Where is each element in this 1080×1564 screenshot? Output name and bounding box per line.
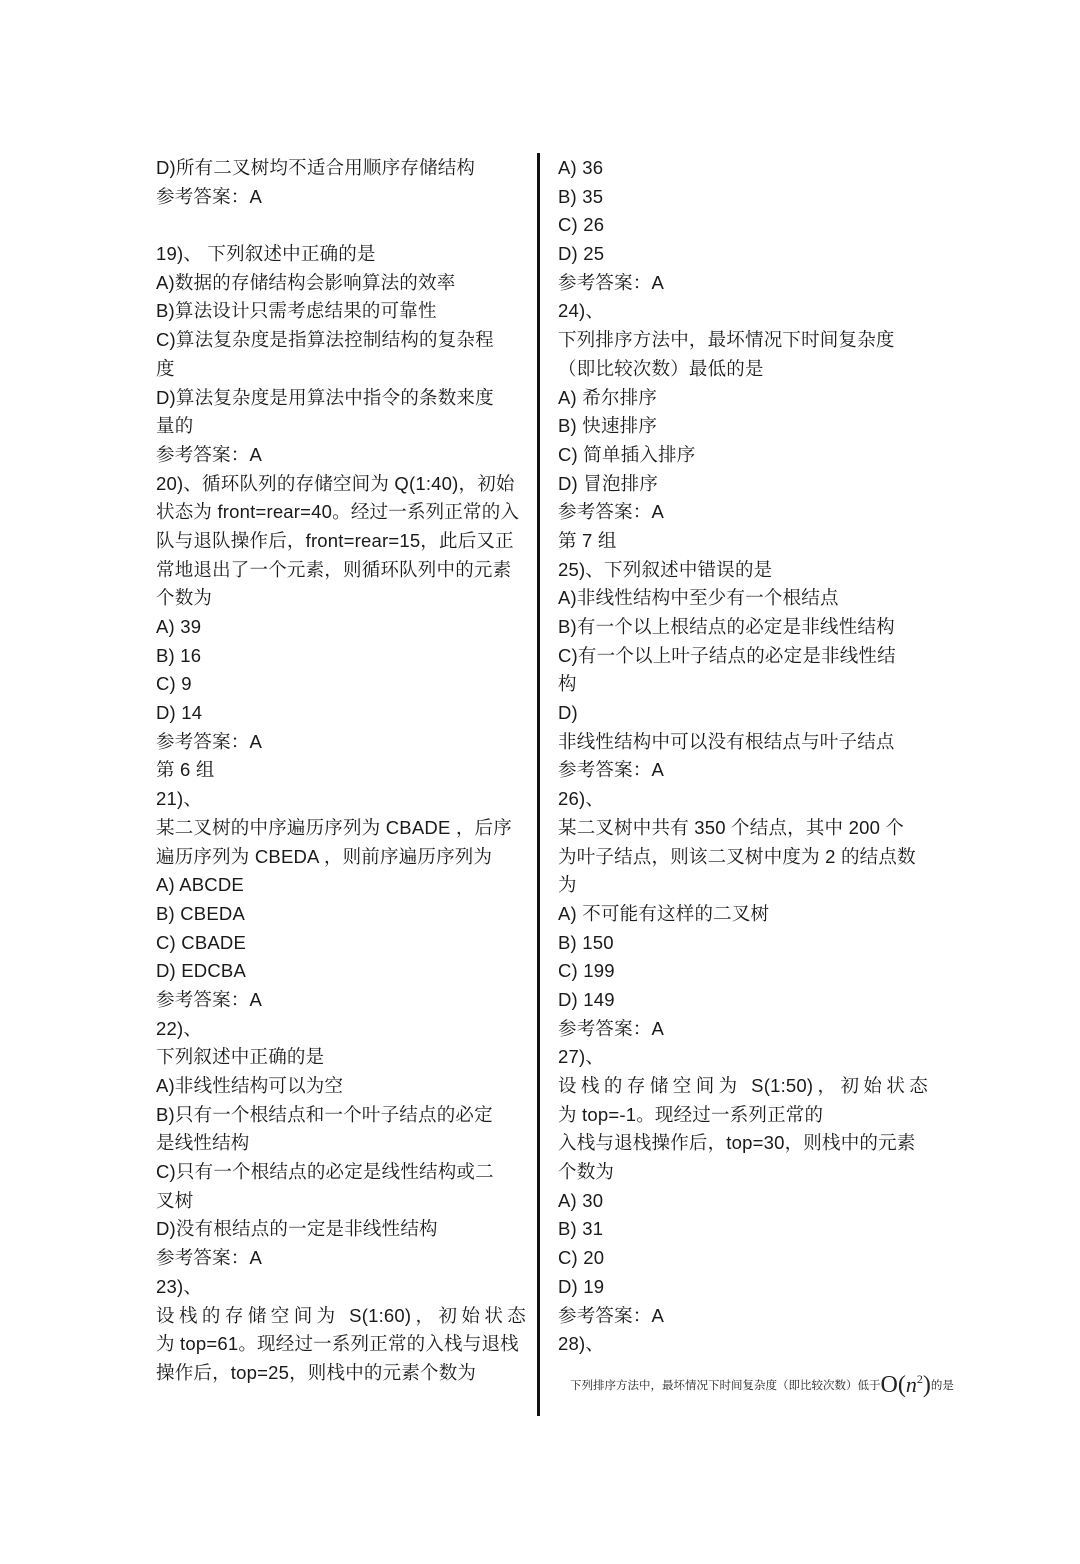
- text-line: A) 不可能有这样的二叉树: [558, 900, 928, 929]
- text-line: 为叶子结点，则该二叉树中度为 2 的结点数: [558, 843, 928, 872]
- text-line: 设栈的存储空间为 S(1:60)，初始状态: [156, 1302, 526, 1331]
- text-line: 参考答案：A: [156, 183, 526, 212]
- text-line: A) ABCDE: [156, 871, 526, 900]
- text-line: 第 7 组: [558, 527, 928, 556]
- text-line: 构: [558, 670, 928, 699]
- text-line: 入栈与退栈操作后，top=30，则栈中的元素: [558, 1129, 928, 1158]
- text-line: B) 16: [156, 642, 526, 671]
- text-line: 24)、: [558, 297, 928, 326]
- text-line: 参考答案：A: [558, 269, 928, 298]
- text-line: 某二叉树的中序遍历序列为 CBADE ，后序: [156, 814, 526, 843]
- text-line: 22)、: [156, 1015, 526, 1044]
- text-line: 状态为 front=rear=40。经过一系列正常的入: [156, 498, 526, 527]
- text-line: 操作后，top=25，则栈中的元素个数为: [156, 1359, 526, 1388]
- text-line: D) 19: [558, 1273, 928, 1302]
- text-line: B) 31: [558, 1215, 928, 1244]
- text-line: （即比较次数）最低的是: [558, 355, 928, 384]
- text-line: 是线性结构: [156, 1129, 526, 1158]
- text-line: C)只有一个根结点的必定是线性结构或二: [156, 1158, 526, 1187]
- text-line: D) EDCBA: [156, 957, 526, 986]
- text-line: 队与退队操作后，front=rear=15，此后又正: [156, 527, 526, 556]
- text-line: B)算法设计只需考虑结果的可靠性: [156, 297, 526, 326]
- right-column: A) 36B) 35C) 26D) 25参考答案：A24)、下列排序方法中，最坏…: [558, 154, 928, 1359]
- text-line: A) 30: [558, 1187, 928, 1216]
- text-line: C)有一个以上叶子结点的必定是非线性结: [558, 642, 928, 671]
- text-line: 遍历序列为 CBEDA ，则前序遍历序列为: [156, 843, 526, 872]
- text-line: D) 冒泡排序: [558, 470, 928, 499]
- text-line: A) 39: [156, 613, 526, 642]
- text-line: 27)、: [558, 1043, 928, 1072]
- text-line: A)数据的存储结构会影响算法的效率: [156, 269, 526, 298]
- text-line: 28)、: [558, 1330, 928, 1359]
- text-line: D)算法复杂度是用算法中指令的条数来度: [156, 384, 526, 413]
- text-line: 量的: [156, 412, 526, 441]
- text-line: C) 20: [558, 1244, 928, 1273]
- text-line: 参考答案：A: [156, 728, 526, 757]
- text-line: C) 简单插入排序: [558, 441, 928, 470]
- text-line: A) 36: [558, 154, 928, 183]
- text-line: D) 14: [156, 699, 526, 728]
- text-line: 19)、 下列叙述中正确的是: [156, 240, 526, 269]
- text-line: B) CBEDA: [156, 900, 526, 929]
- text-line: 第 6 组: [156, 756, 526, 785]
- text-line: 为 top=-1。现经过一系列正常的: [558, 1101, 928, 1130]
- text-line: 下列叙述中正确的是: [156, 1043, 526, 1072]
- big-o-notation: O(n2): [881, 1372, 931, 1398]
- text-line: 21)、: [156, 785, 526, 814]
- blank-line: [156, 211, 526, 240]
- text-line: 设栈的存储空间为 S(1:50)，初始状态: [558, 1072, 928, 1101]
- text-line: D)所有二叉树均不适合用顺序存储结构: [156, 154, 526, 183]
- text-line: 下列排序方法中，最坏情况下时间复杂度: [558, 326, 928, 355]
- text-line: 23)、: [156, 1273, 526, 1302]
- text-line: A)非线性结构中至少有一个根结点: [558, 584, 928, 613]
- text-line: C) 9: [156, 670, 526, 699]
- text-line: D): [558, 699, 928, 728]
- text-line: 个数为: [156, 584, 526, 613]
- text-line: 参考答案：A: [156, 986, 526, 1015]
- text-line: B)有一个以上根结点的必定是非线性结构: [558, 613, 928, 642]
- text-line: B) 快速排序: [558, 412, 928, 441]
- text-line: 参考答案：A: [558, 756, 928, 785]
- text-line: C) 199: [558, 957, 928, 986]
- text-line: 某二叉树中共有 350 个结点，其中 200 个: [558, 814, 928, 843]
- text-line: 参考答案：A: [156, 1244, 526, 1273]
- text-line: A)非线性结构可以为空: [156, 1072, 526, 1101]
- text-line: B)只有一个根结点和一个叶子结点的必定: [156, 1101, 526, 1130]
- text-line: C) 26: [558, 211, 928, 240]
- text-line: 参考答案：A: [558, 498, 928, 527]
- q28-suffix: 的是: [931, 1378, 954, 1392]
- text-line: 常地退出了一个元素，则循环队列中的元素: [156, 556, 526, 585]
- text-line: C) CBADE: [156, 929, 526, 958]
- text-line: 度: [156, 355, 526, 384]
- text-line: 叉树: [156, 1187, 526, 1216]
- text-line: B) 35: [558, 183, 928, 212]
- column-divider: [537, 153, 540, 1416]
- text-line: 参考答案：A: [558, 1015, 928, 1044]
- text-line: B) 150: [558, 929, 928, 958]
- text-line: 参考答案：A: [558, 1302, 928, 1331]
- text-line: C)算法复杂度是指算法控制结构的复杂程: [156, 326, 526, 355]
- text-line: D)没有根结点的一定是非线性结构: [156, 1215, 526, 1244]
- text-line: D) 149: [558, 986, 928, 1015]
- text-line: A) 希尔排序: [558, 384, 928, 413]
- text-line: 25)、下列叙述中错误的是: [558, 556, 928, 585]
- text-line: 26)、: [558, 785, 928, 814]
- text-line: 参考答案：A: [156, 441, 526, 470]
- text-line: 个数为: [558, 1158, 928, 1187]
- text-line: 为 top=61。现经过一系列正常的入栈与退栈: [156, 1330, 526, 1359]
- text-line: D) 25: [558, 240, 928, 269]
- text-line: 为: [558, 871, 928, 900]
- text-line: 20)、循环队列的存储空间为 Q(1:40)，初始: [156, 470, 526, 499]
- question-28-stem: 下列排序方法中，最坏情况下时间复杂度（即比较次数）低于O(n2)的是: [570, 1372, 954, 1399]
- q28-prefix: 下列排序方法中，最坏情况下时间复杂度（即比较次数）低于: [570, 1378, 881, 1392]
- text-line: 非线性结构中可以没有根结点与叶子结点: [558, 728, 928, 757]
- left-column: D)所有二叉树均不适合用顺序存储结构参考答案：A19)、 下列叙述中正确的是A)…: [156, 154, 526, 1388]
